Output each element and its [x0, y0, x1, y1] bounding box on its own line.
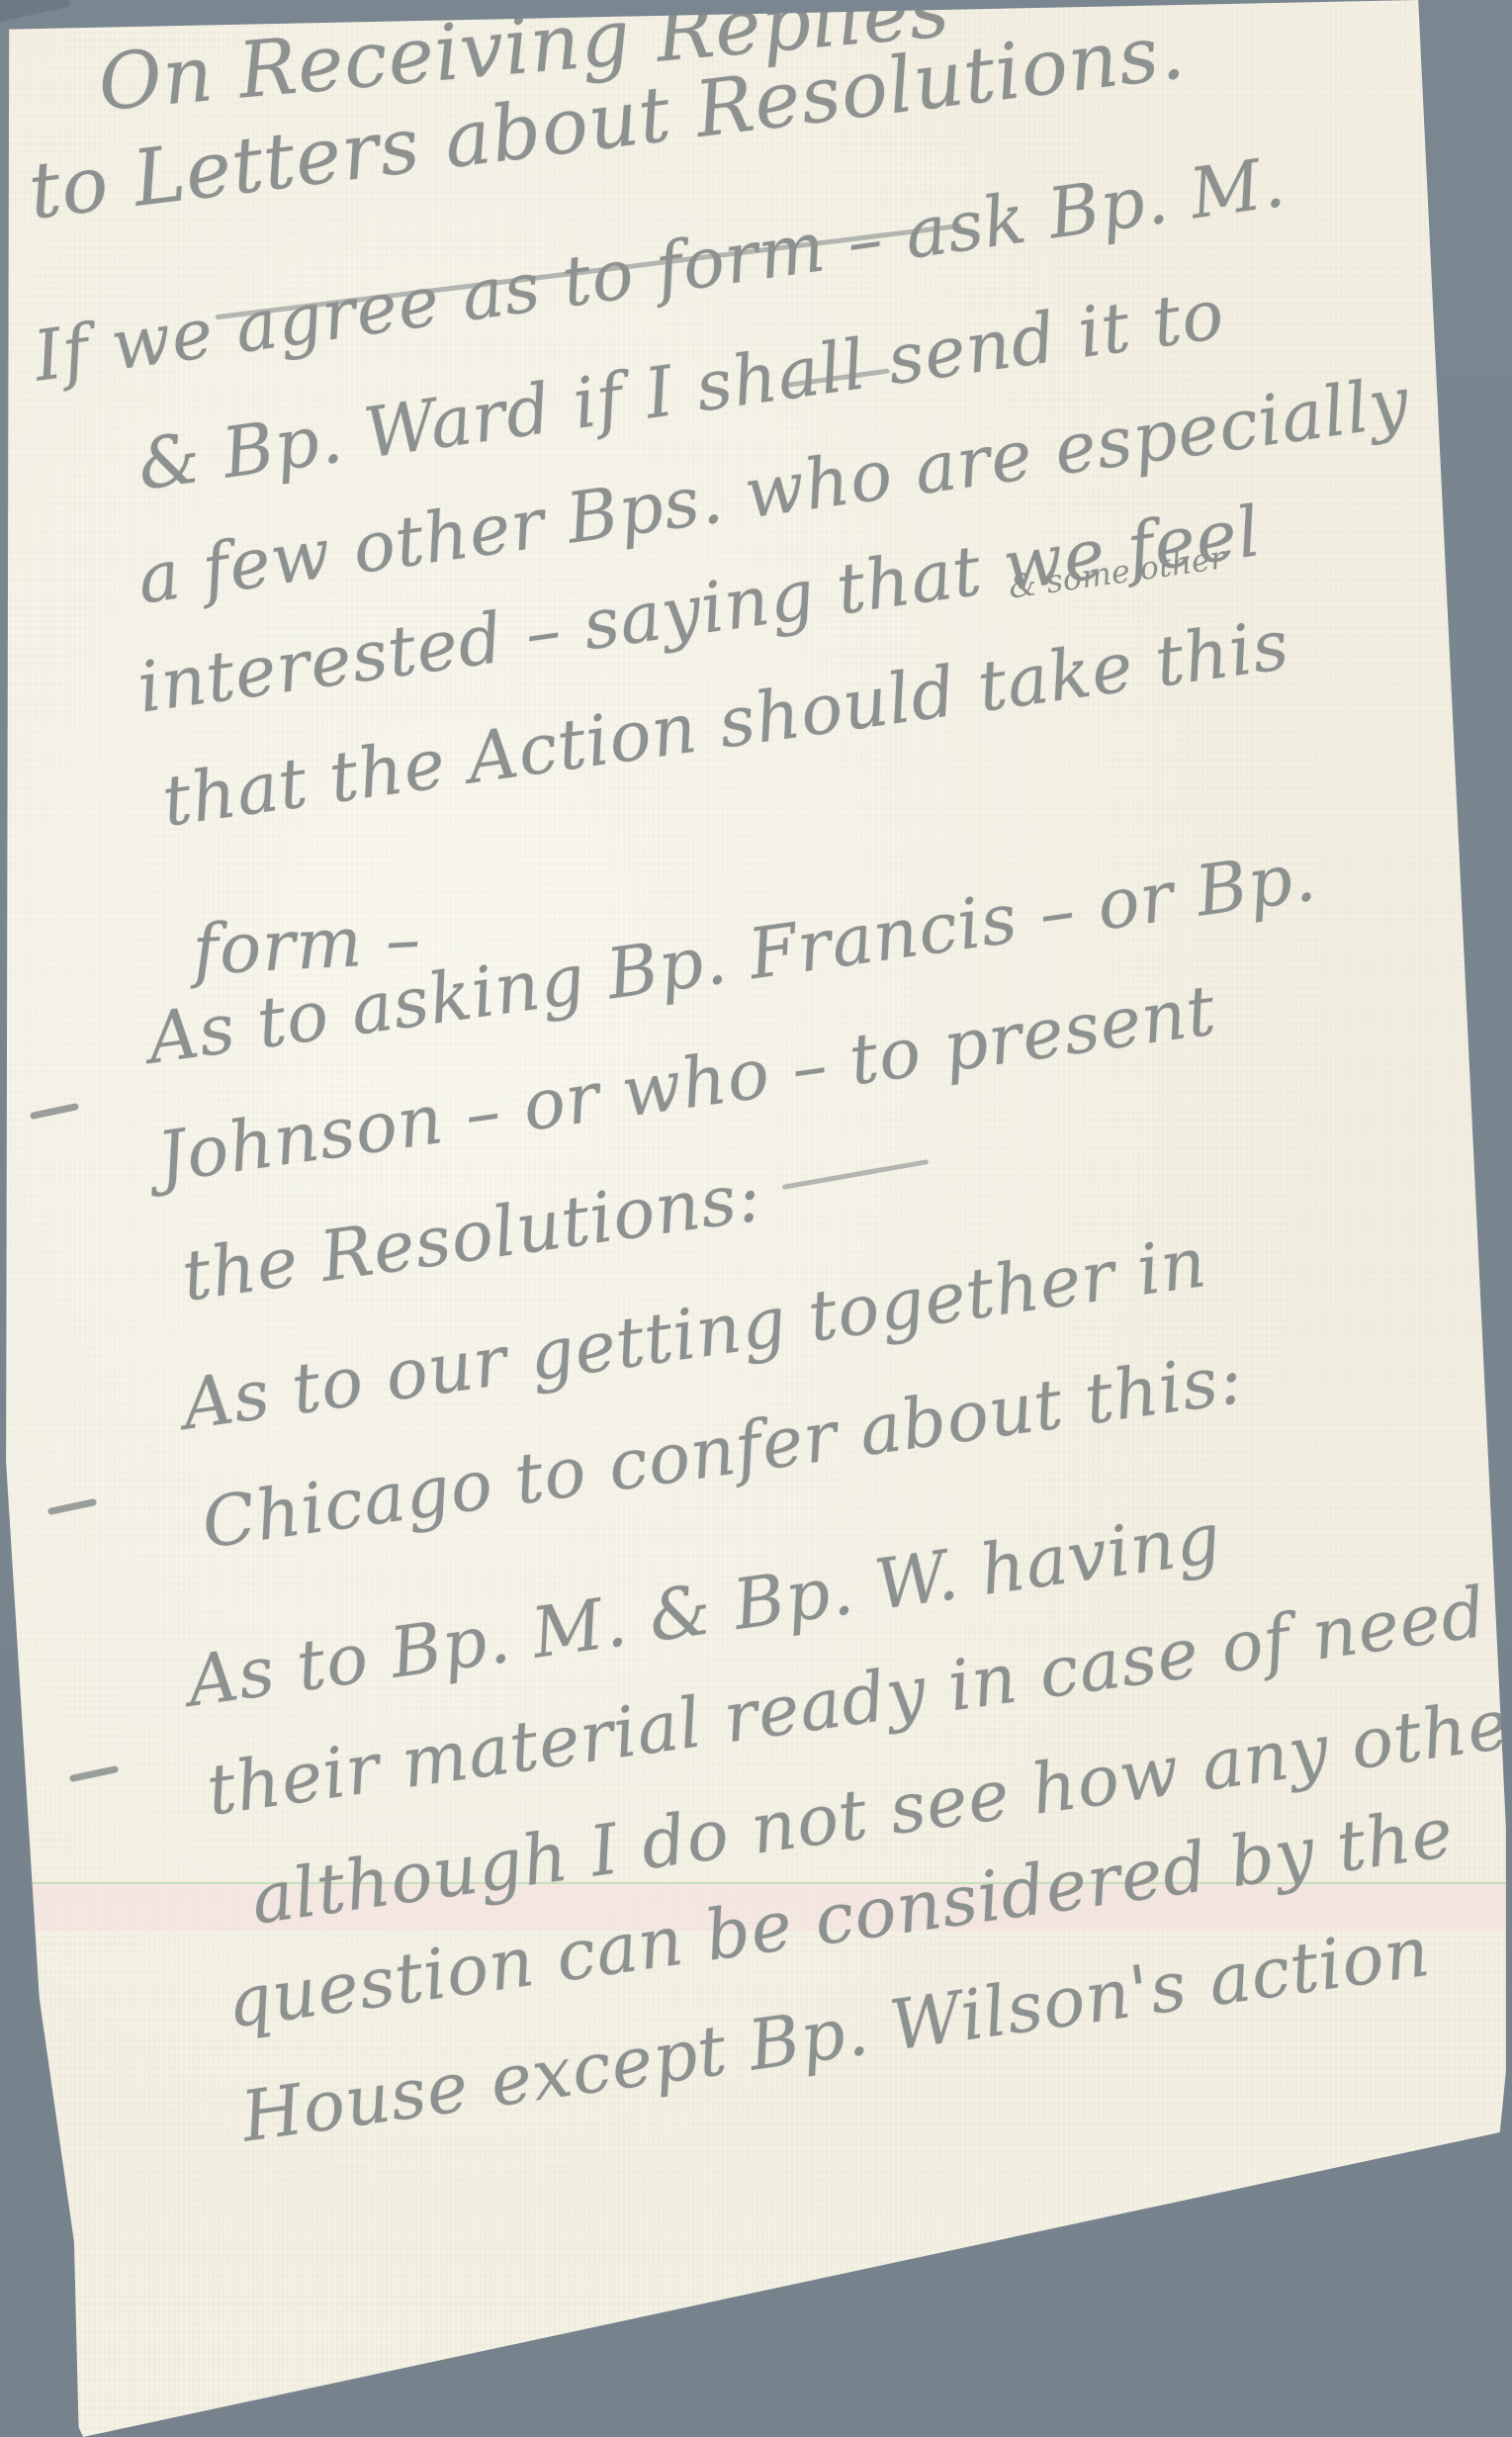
- manuscript-page: On Receiving Replies to Letters about Re…: [0, 0, 1512, 2437]
